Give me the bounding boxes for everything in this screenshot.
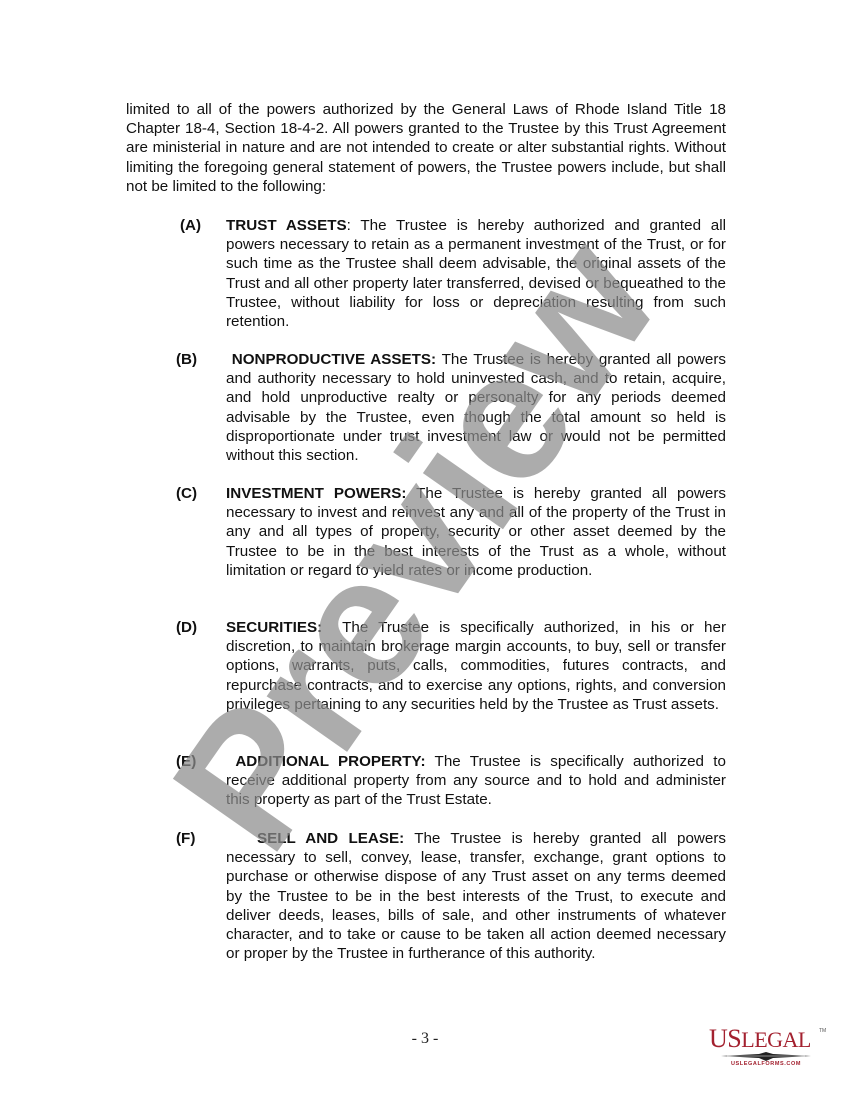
- item-heading: NONPRODUCTIVE ASSETS:: [232, 351, 436, 368]
- uslegal-logo: USLEGAL TM USLEGALFORMS.COM: [707, 1026, 825, 1070]
- logo-url: USLEGALFORMS.COM: [707, 1061, 825, 1067]
- logo-wordmark: USLEGAL: [709, 1026, 811, 1053]
- item-letter: (C): [176, 484, 197, 503]
- power-item-a: (A) TRUST ASSETS: The Trustee is hereby …: [176, 216, 726, 331]
- item-heading: ADDITIONAL PROPERTY:: [235, 753, 425, 770]
- power-item-d: (D) SECURITIES: The Trustee is specifica…: [176, 618, 726, 714]
- item-text: The Trustee is hereby granted all powers…: [226, 830, 726, 962]
- power-item-e: (E) ADDITIONAL PROPERTY: The Trustee is …: [176, 752, 726, 810]
- item-heading: INVESTMENT POWERS:: [226, 485, 406, 502]
- item-letter: (E): [176, 752, 196, 771]
- power-item-b: (B) NONPRODUCTIVE ASSETS: The Trustee is…: [176, 350, 726, 465]
- item-letter: (F): [176, 829, 195, 848]
- intro-paragraph: limited to all of the powers authorized …: [126, 100, 726, 196]
- item-heading: SECURITIES:: [226, 619, 322, 636]
- power-item-c: (C) INVESTMENT POWERS: The Trustee is he…: [176, 484, 726, 580]
- trademark-mark: TM: [819, 1028, 826, 1034]
- document-page: limited to all of the powers authorized …: [0, 0, 850, 1100]
- eagle-wings-icon: [721, 1052, 811, 1061]
- item-heading: TRUST ASSETS: [226, 217, 347, 234]
- item-heading: SELL AND LEASE:: [257, 830, 404, 847]
- item-letter: (B): [176, 350, 197, 369]
- power-item-f: (F) SELL AND LEASE: The Trustee is hereb…: [176, 829, 726, 963]
- item-letter: (D): [176, 618, 197, 637]
- item-letter: (A): [180, 216, 201, 235]
